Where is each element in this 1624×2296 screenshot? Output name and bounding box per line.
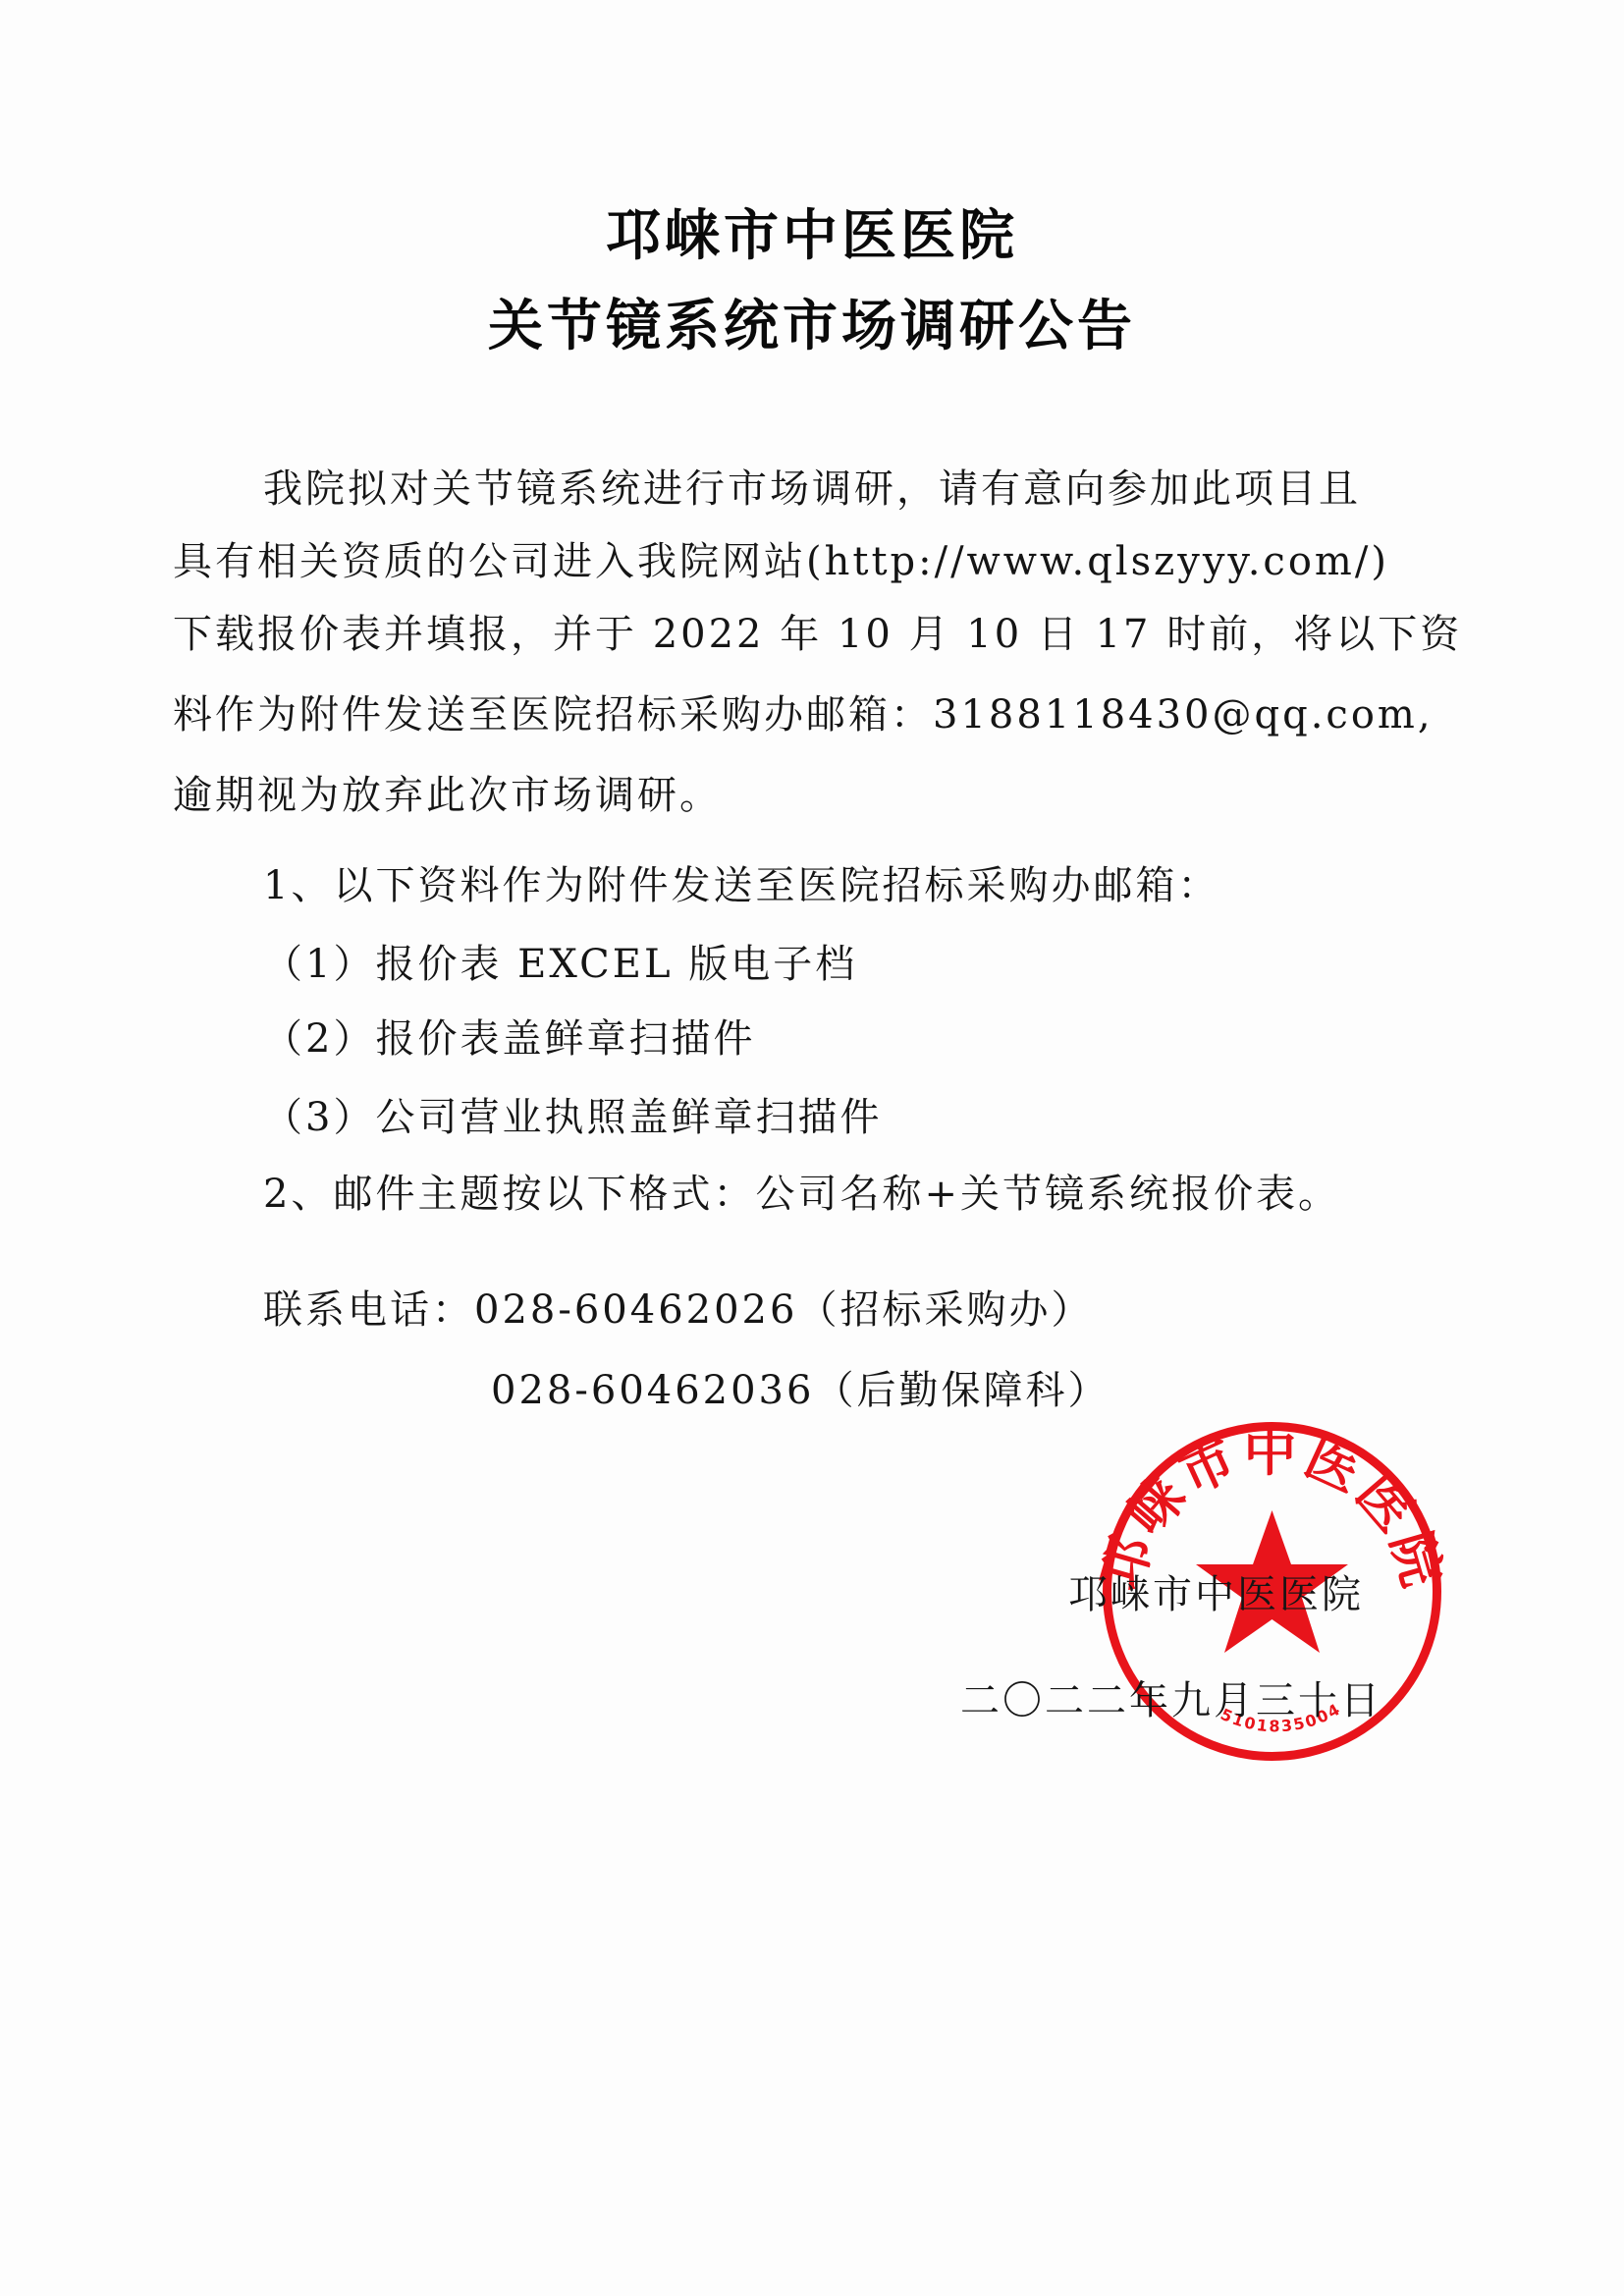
- title-hospital-name: 邛崃市中医医院: [0, 192, 1624, 271]
- sub-item-2: （2）报价表盖鲜章扫描件: [263, 1008, 755, 1064]
- sub-item-1: （1）报价表 EXCEL 版电子档: [263, 933, 857, 989]
- body-line-4: 料作为附件发送至医院招标采购办邮箱：3188118430@qq.com,: [173, 683, 1434, 739]
- signature-date: 二〇二二年九月三十日: [960, 1669, 1382, 1725]
- body-line-3: 下载报价表并填报，并于 2022 年 10 月 10 日 17 时前，将以下资: [173, 603, 1462, 659]
- signature-hospital-name: 邛崃市中医医院: [1068, 1563, 1364, 1619]
- sub-item-3: （3）公司营业执照盖鲜章扫描件: [263, 1086, 882, 1142]
- list-item-1: 1、以下资料作为附件发送至医院招标采购办邮箱：: [263, 854, 1219, 910]
- contact-phone-1: 联系电话：028-60462026（招标采购办）: [263, 1279, 1093, 1335]
- contact-phone-2: 028-60462036（后勤保障科）: [491, 1359, 1110, 1415]
- body-line-5: 逾期视为放弃此次市场调研。: [173, 764, 722, 820]
- title-announcement: 关节镜系统市场调研公告: [0, 283, 1624, 361]
- body-line-1: 我院拟对关节镜系统进行市场调研，请有意向参加此项目且: [263, 458, 1361, 514]
- body-line-2: 具有相关资质的公司进入我院网站(http://www.qlszyyy.com/): [173, 530, 1389, 586]
- list-item-2: 2、邮件主题按以下格式：公司名称+关节镜系统报价表。: [263, 1163, 1340, 1219]
